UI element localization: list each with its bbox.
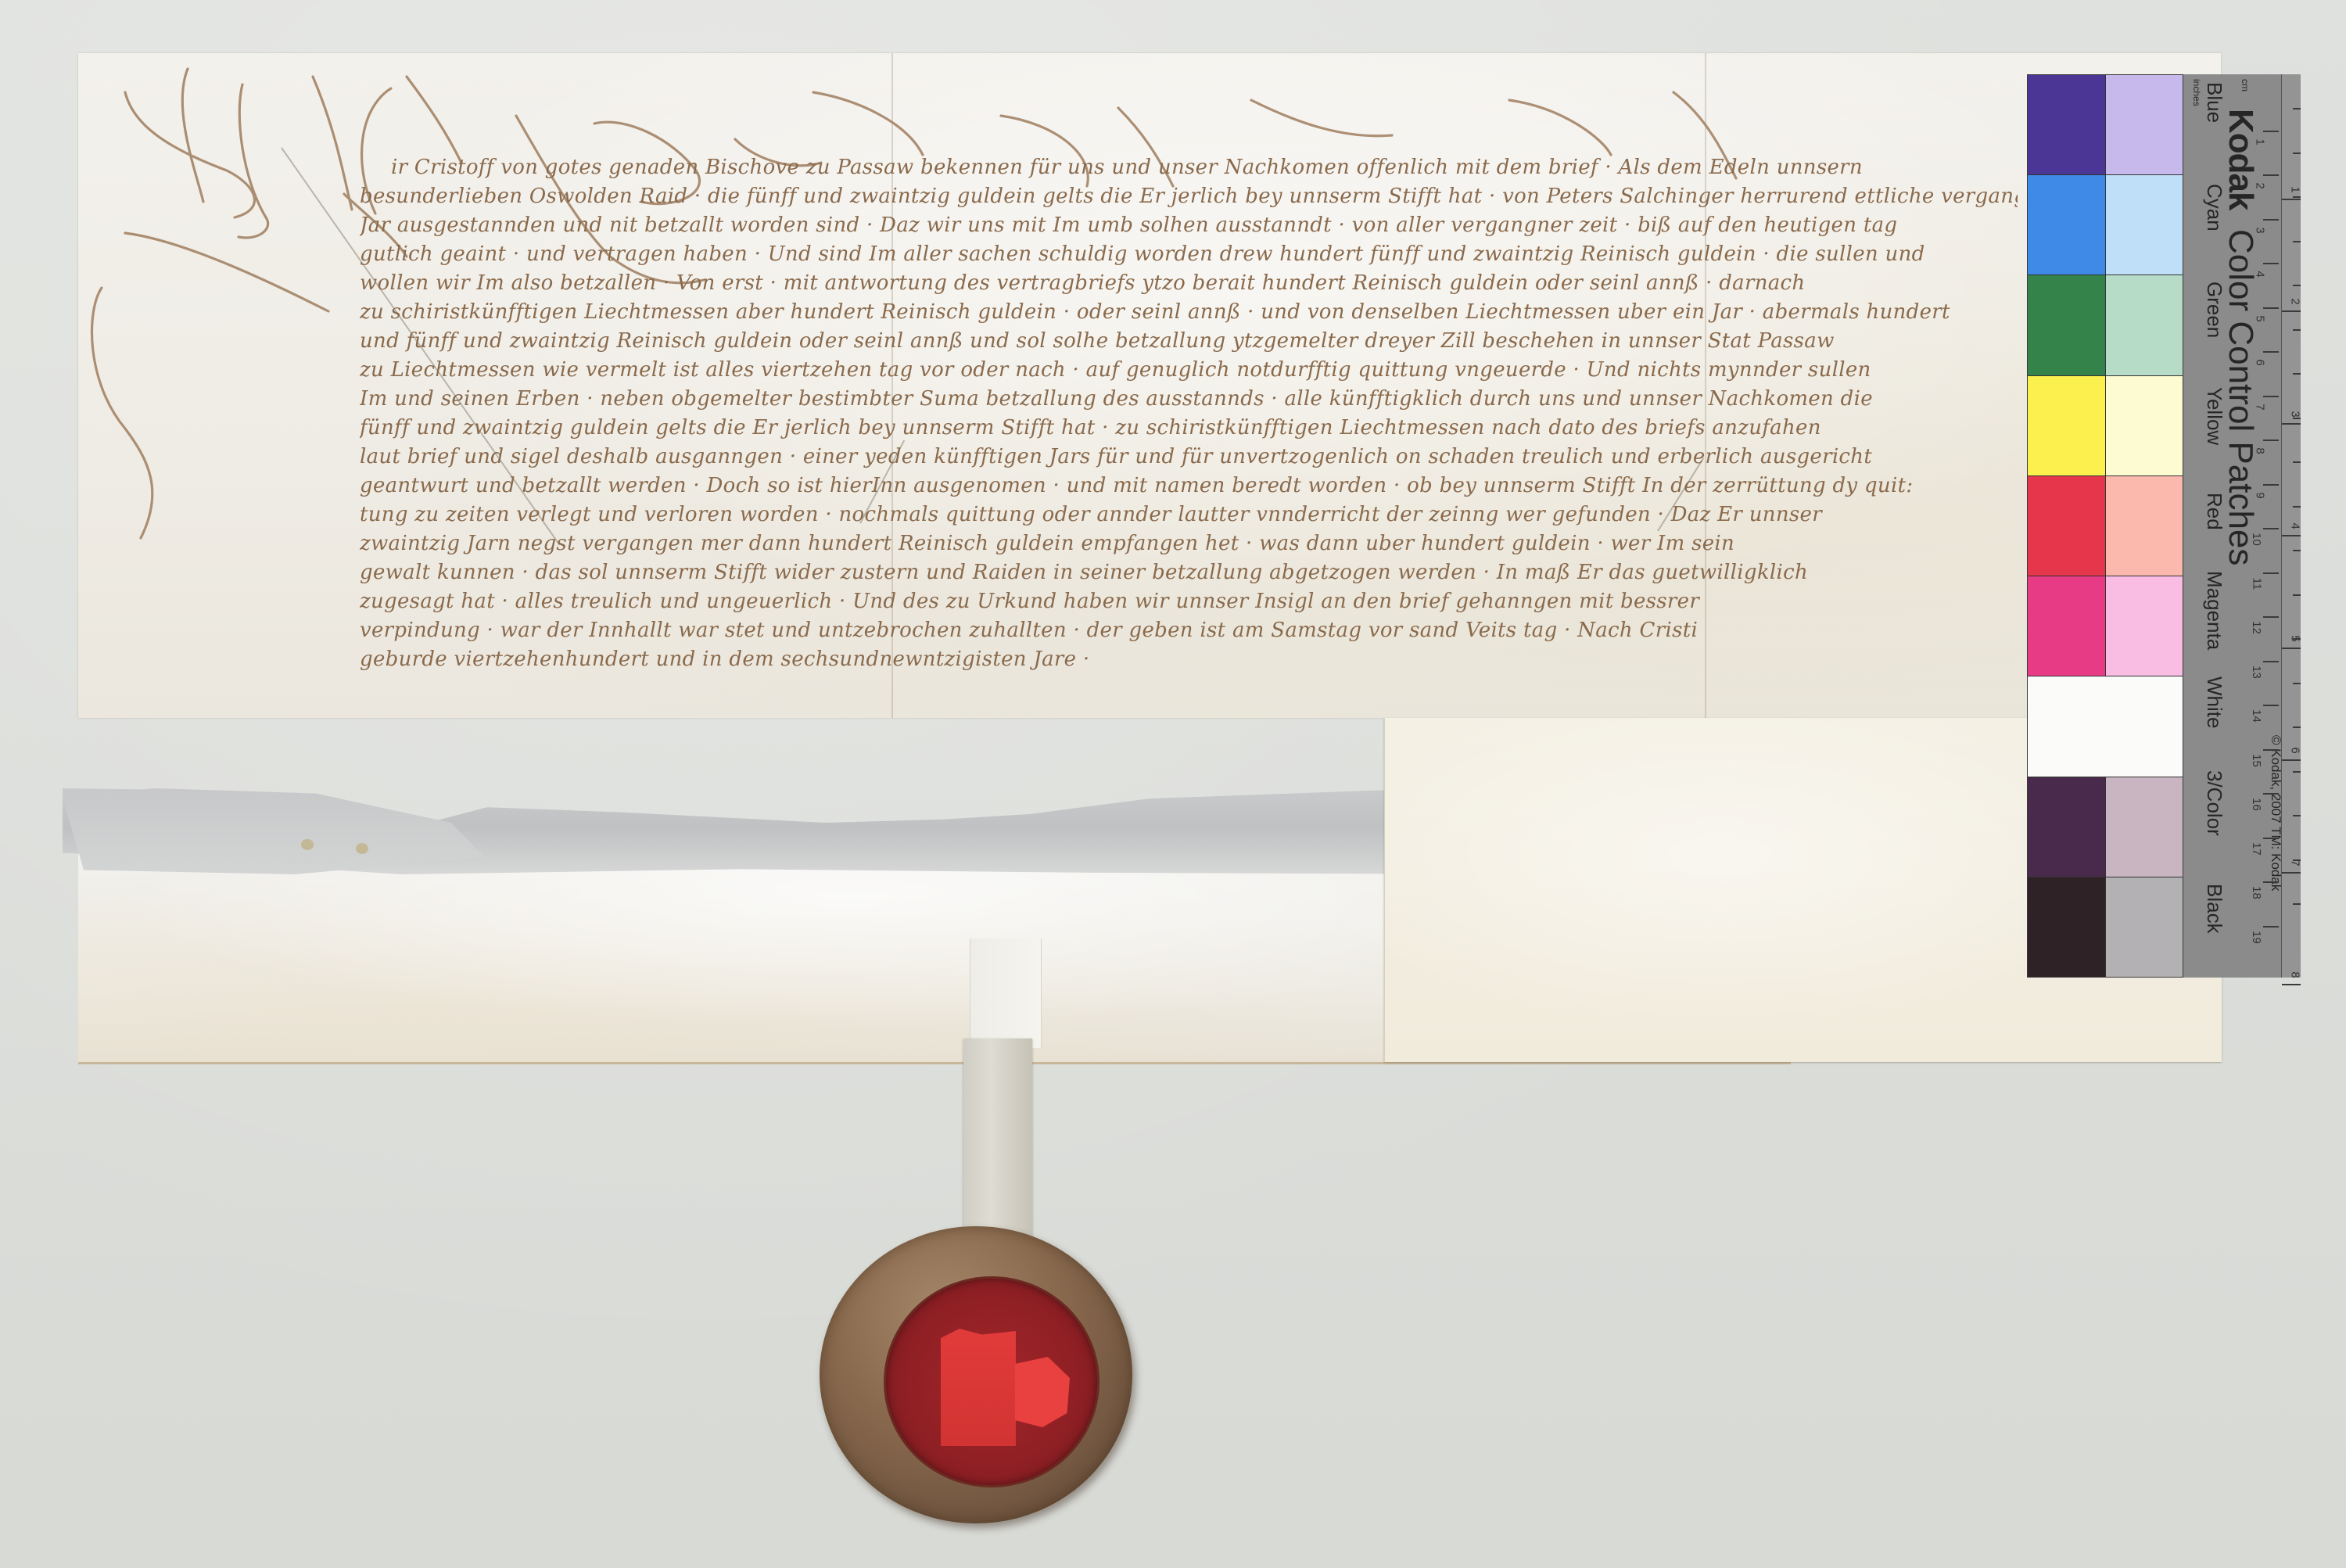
inch-tick-label: 7 [2288,859,2301,866]
minor-tick [2293,683,2301,684]
text-line: Jar ausgestannden und nit betzallt worde… [360,211,2018,240]
patch-blue-light [2106,75,2183,174]
minor-tick [2293,903,2301,905]
seal-shield-motif [941,1329,1016,1446]
inch-tick [2282,648,2301,649]
minor-tick [2293,815,2301,816]
wax-seal [820,1226,1132,1523]
text-line: ir Cristoff von gotes genaden Bischove z… [360,153,2018,182]
text-line: fünff und zwaintzig guldein gelts die Er… [360,414,2018,443]
text-line: zwaintzig Jarn negst vergangen mer dann … [360,529,2018,558]
text-line: verpindung · war der Innhallt war stet u… [360,616,2018,645]
cm-tick [2263,661,2279,662]
cm-tick-label: 6 [2253,359,2266,365]
seal-tag-strip [963,1039,1032,1258]
color-patches [2027,74,2183,978]
ruler-label-panel: cm inches Kodak Color Control Patches Bl… [2183,74,2301,978]
patch-row-red [2028,476,2183,576]
label-black: Black [2202,884,2226,934]
patch-row-white [2028,676,2183,777]
cm-tick-label: 19 [2250,931,2263,944]
minor-tick [2293,418,2301,419]
inch-tick-label: 4 [2288,522,2301,529]
inch-tick [2282,872,2301,874]
cm-tick [2263,307,2279,309]
patch-row-magenta [2028,576,2183,676]
text-line: gutlich geaint · und vertragen haben · U… [360,240,2018,269]
patch-green-light [2106,275,2183,375]
patch-white [2028,676,2183,776]
patch-magenta-dark [2028,576,2106,676]
inch-tick-label: 6 [2288,747,2301,753]
cm-tick-label: 10 [2250,533,2263,546]
cm-tick [2263,351,2279,353]
seal-tag-slot [970,938,1042,1048]
stain-mark [301,839,314,850]
inch-tick [2282,535,2301,536]
parchment-sheet: ir Cristoff von gotes genaden Bischove z… [78,53,2221,718]
text-line: geburde viertzehenhundert und in dem sec… [360,645,2018,674]
patch-cyan-light [2106,175,2183,274]
minor-tick [2293,108,2301,109]
patch-red-dark [2028,476,2106,576]
patch-row-3color [2028,777,2183,877]
cm-tick-label: 13 [2250,666,2263,679]
patch-cyan-dark [2028,175,2106,274]
text-line: wollen wir Im also betzallen · Von erst … [360,269,2018,298]
cm-tick [2263,838,2279,839]
copyright-notice: © Kodak, 2007 TM: Kodak [2268,735,2283,891]
inch-tick-label: 3 [2288,411,2301,417]
charter-text: ir Cristoff von gotes genaden Bischove z… [360,153,2018,674]
cm-tick-label: 2 [2253,182,2266,188]
inch-tick [2282,984,2301,985]
kodak-label: cm inches Kodak Color Control Patches Bl… [2183,74,2301,978]
inches-unit-label: inches [2191,79,2202,106]
kodak-color-control-strip: cm inches Kodak Color Control Patches Bl… [2027,74,2301,978]
text-line: zu Liechtmessen wie vermelt ist alles vi… [360,356,2018,385]
cm-tick-label: 11 [2251,577,2264,590]
text-line: Im und seinen Erben · neben obgemelter b… [360,385,2018,414]
cm-tick [2263,131,2279,132]
minor-tick [2293,727,2301,728]
cm-tick [2263,572,2279,574]
patch-black-dark [2028,877,2106,977]
minor-tick [2293,329,2301,331]
text-line: und fünff und zwaintzig Reinisch guldein… [360,327,2018,356]
seal-impression [884,1276,1099,1487]
inch-tick [2282,423,2301,425]
cm-tick [2263,749,2279,751]
inch-tick [2282,199,2301,200]
label-yellow: Yellow [2202,387,2226,445]
text-line: gewalt kunnen · das sol unnserm Stifft w… [360,558,2018,587]
minor-tick [2293,373,2301,375]
patch-row-yellow [2028,376,2183,476]
inch-tick [2282,310,2301,312]
cm-tick [2263,616,2279,618]
patch-3color-dark [2028,777,2106,877]
cm-tick [2263,926,2279,928]
stain-mark [356,843,368,854]
patch-row-blue [2028,75,2183,175]
minor-tick [2293,241,2301,242]
cm-tick [2263,528,2279,529]
text-line: zugesagt hat · alles treulich und ungeue… [360,587,2018,616]
patch-row-black [2028,877,2183,977]
label-blue: Blue [2202,82,2226,123]
cm-tick [2263,440,2279,441]
cm-tick-label: 3 [2253,227,2266,233]
patch-row-green [2028,275,2183,375]
minor-tick [2293,152,2301,154]
cm-tick [2263,705,2279,706]
label-white: White [2202,676,2226,728]
cm-tick [2263,396,2279,397]
minor-tick [2293,771,2301,773]
minor-tick [2293,461,2301,463]
text-line: laut brief und sigel deshalb ausganngen … [360,443,2018,472]
inch-tick [2282,759,2301,761]
patch-black-light [2106,877,2183,977]
cm-tick-label: 4 [2253,271,2266,277]
minor-tick [2293,594,2301,596]
patch-3color-light [2106,777,2183,877]
cm-tick-label: 15 [2250,754,2263,767]
patch-yellow-dark [2028,376,2106,475]
crumpled-corner [63,788,485,874]
label-red: Red [2202,493,2226,530]
cm-tick [2263,793,2279,795]
cm-tick-label: 14 [2250,709,2263,723]
minor-tick [2293,550,2301,551]
patch-magenta-light [2106,576,2183,676]
inch-tick-label: 2 [2288,298,2301,304]
patch-green-dark [2028,275,2106,375]
kodak-brand: Kodak [2221,109,2260,210]
patch-yellow-light [2106,376,2183,475]
cm-tick-label: 16 [2250,798,2263,811]
minor-tick [2293,285,2301,286]
cm-tick-label: 5 [2253,315,2266,321]
cm-tick [2263,219,2279,221]
patch-row-cyan [2028,175,2183,275]
cm-tick [2263,174,2279,176]
strip-title: Color Control Patches [2221,229,2260,565]
cm-tick-label: 7 [2253,404,2266,410]
label-cyan: Cyan [2202,184,2226,231]
cm-tick-label: 1 [2253,138,2266,145]
text-line: zu schiristkünfftigen Liechtmessen aber … [360,298,2018,327]
cm-tick [2263,484,2279,486]
plica-fold [55,718,2221,1062]
text-line: geantwurt und betzallt werden · Doch so … [360,472,2018,501]
inch-tick-label: 1 [2288,186,2301,192]
cm-unit-label: cm [2240,79,2251,91]
cm-tick [2263,881,2279,883]
cm-tick-label: 18 [2250,886,2263,899]
minor-tick [2293,506,2301,508]
cm-tick-label: 12 [2250,621,2263,634]
inch-tick-label: 8 [2288,971,2301,978]
cm-tick [2263,263,2279,264]
inch-tick-label: 5 [2288,635,2301,641]
cm-tick-label: 8 [2253,447,2266,454]
cm-tick-label: 17 [2250,842,2263,856]
label-green: Green [2202,282,2226,338]
label-3color: 3/Color [2202,770,2226,836]
cm-tick-label: 9 [2253,492,2266,498]
seal-wax-fragment [1015,1357,1070,1427]
patch-blue-dark [2028,75,2106,174]
text-line: tung zu zeiten verlegt und verloren word… [360,501,2018,529]
label-magenta: Magenta [2202,571,2226,650]
text-line: besunderlieben Oswolden Raid · die fünff… [360,182,2018,211]
patch-red-light [2106,476,2183,576]
